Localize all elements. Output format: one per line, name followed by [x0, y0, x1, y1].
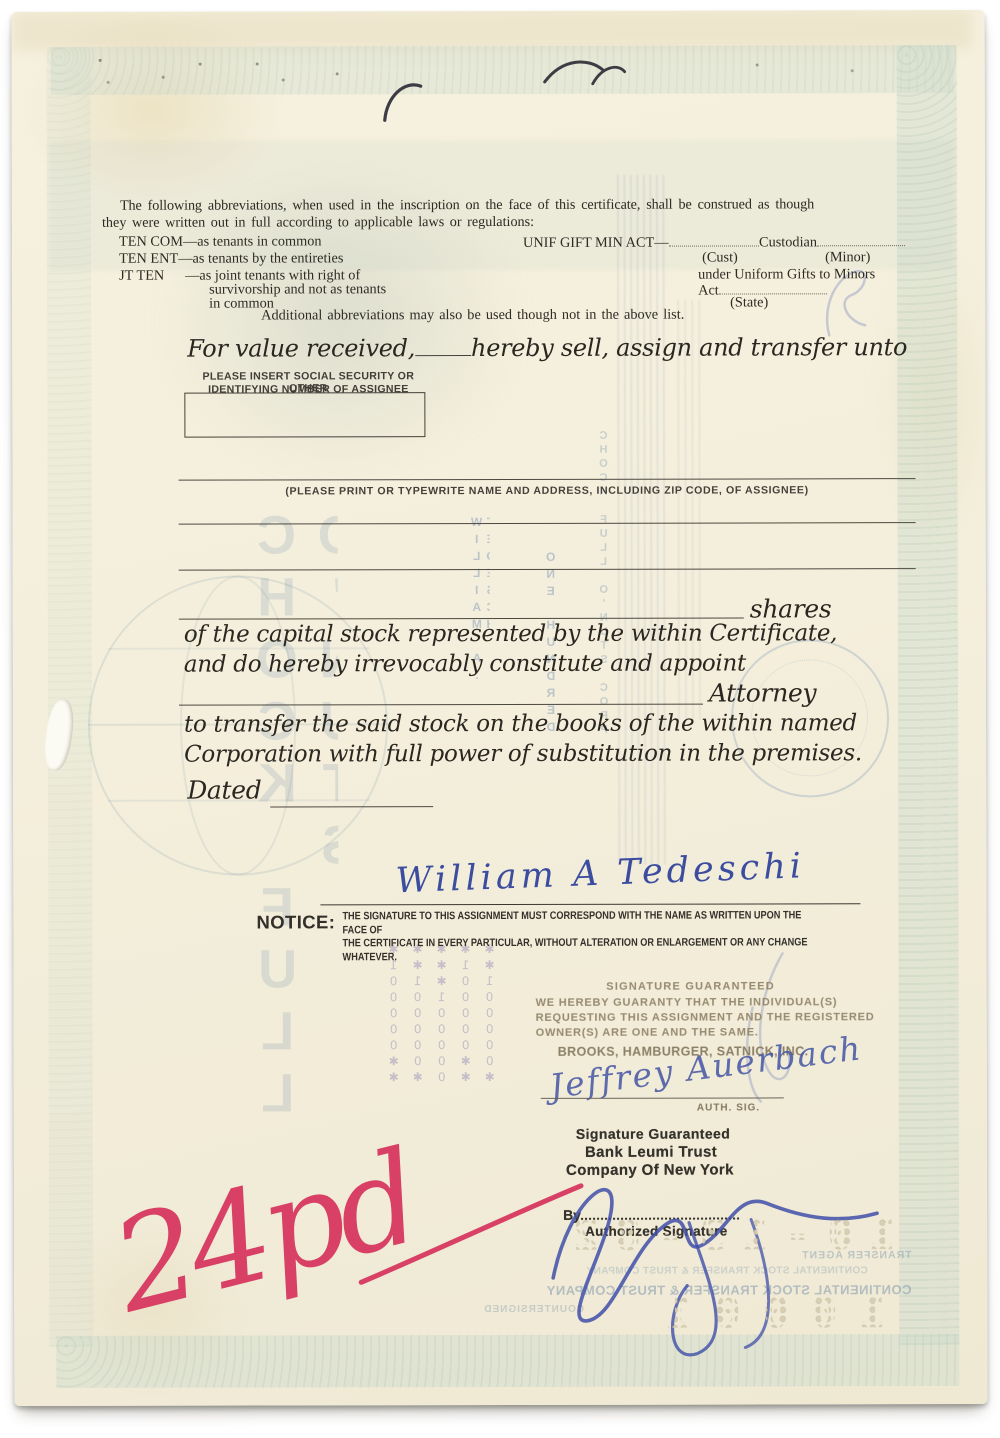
bleed-share-amount-columns: ✱100000✱✱ ✱✱100000✱ ✱✱✱100000 ✱100000✱✱ …: [386, 942, 496, 1132]
for-value-received-text: For value received,: [187, 334, 415, 362]
dotted-leader: [669, 232, 760, 246]
abbr-act: Act: [698, 282, 719, 299]
abbreviations-intro-line1: The following abbreviations, when used i…: [102, 196, 920, 215]
paper-content: CHOCK FULL O'NUTS CORP CHOCK FULL O'NUTS…: [12, 10, 988, 1406]
holder-signature: William A Tedeschi: [350, 845, 851, 903]
assignee-line: [179, 522, 916, 525]
pen-scribble-mark: [377, 74, 433, 130]
guarantee-stamp-line3: OWNER(S) ARE ONE AND THE SAME.: [536, 1026, 759, 1038]
abbr-custodian: Custodian: [759, 234, 817, 251]
abbr-minor: (Minor): [825, 249, 870, 266]
capital-stock-line1: of the capital stock represented by the …: [184, 620, 837, 647]
notice-line2: THE CERTIFICATE IN EVERY PARTICULAR, WIT…: [342, 936, 822, 964]
abbr-ten-com: TEN COM—as tenants in common: [119, 233, 322, 250]
pen-scribble-mark: [589, 58, 629, 92]
guarantee-stamp-line1: WE HEREBY GUARANTY THAT THE INDIVIDUAL(S…: [536, 996, 838, 1009]
dotted-leader: [719, 280, 827, 294]
paper-sheet: CHOCK FULL O'NUTS CORP CHOCK FULL O'NUTS…: [12, 10, 988, 1406]
transfer-line1: to transfer the said stock on the books …: [184, 710, 857, 737]
auth-sig-label: AUTH. SIG.: [697, 1102, 760, 1113]
guarantee-stamp-line2: REQUESTING THIS ASSIGNMENT AND THE REGIS…: [536, 1011, 875, 1024]
abbr-cust: (Cust): [702, 249, 738, 266]
perforation-row: 10-13-82: [336, 1209, 896, 1261]
dated-label: Dated: [187, 775, 261, 804]
capital-stock-line2: and do hereby irrevocably constitute and…: [184, 650, 746, 677]
dotted-leader: [817, 232, 905, 246]
bleed-amount-column: ✱✱100000✱: [410, 942, 424, 1132]
attorney-label: Attorney: [709, 678, 816, 707]
hereby-sell-text: hereby sell, assign and transfer unto: [471, 333, 907, 362]
perforation-row: 10001: [416, 1287, 886, 1339]
notice-text: THE SIGNATURE TO THIS ASSIGNMENT MUST CO…: [342, 909, 822, 964]
transfer-line2: Corporation with full power of substitut…: [184, 740, 862, 767]
shares-label: shares: [750, 594, 832, 623]
abbreviations-intro-line2: they were written out in full according …: [102, 213, 920, 232]
abbr-ten-ent: TEN ENT—as tenants by the entireties: [119, 250, 343, 267]
guilloche-border-top: [51, 45, 954, 95]
abbr-jt-ten: JT TEN: [119, 268, 164, 285]
print-name-note: (PLEASE PRINT OR TYPEWRITE NAME AND ADDR…: [179, 484, 916, 498]
bleed-company-watermark: CHOCK FULL O'NUTS CORP: [246, 505, 339, 1165]
abbr-unif-gift: UNIF GIFT MIN ACT—: [523, 234, 669, 251]
staple-holes: [99, 59, 102, 62]
abbr-additional: Additional abbreviations may also be use…: [261, 307, 684, 325]
notice-label: NOTICE:: [256, 911, 335, 933]
guarantee-stamp-title: SIGNATURE GUARANTEED: [531, 980, 851, 993]
signature-line: [320, 903, 860, 905]
abbr-state: (State): [730, 294, 768, 311]
guarantee-signature: Jeffrey Auerbach: [548, 1028, 865, 1106]
bleed-amount-column: ✱100000✱✱: [386, 942, 400, 1132]
notice-line1: THE SIGNATURE TO THIS ASSIGNMENT MUST CO…: [342, 909, 822, 937]
scanned-certificate-back: { "colors": { "paper": "#f4efdc", "ink":…: [0, 0, 1000, 1438]
bleed-amount-column: ✱✱100000✱: [482, 942, 496, 1132]
assignee-line: [179, 478, 916, 481]
bleed-amount-column: ✱100000✱✱: [458, 942, 472, 1132]
ssn-box: [184, 392, 425, 438]
bleed-amount-column: ✱✱✱100000: [434, 942, 448, 1132]
for-value-row: For value received, hereby sell, assign …: [187, 333, 907, 363]
dated-line: [270, 806, 433, 807]
blank-line: [415, 355, 471, 356]
